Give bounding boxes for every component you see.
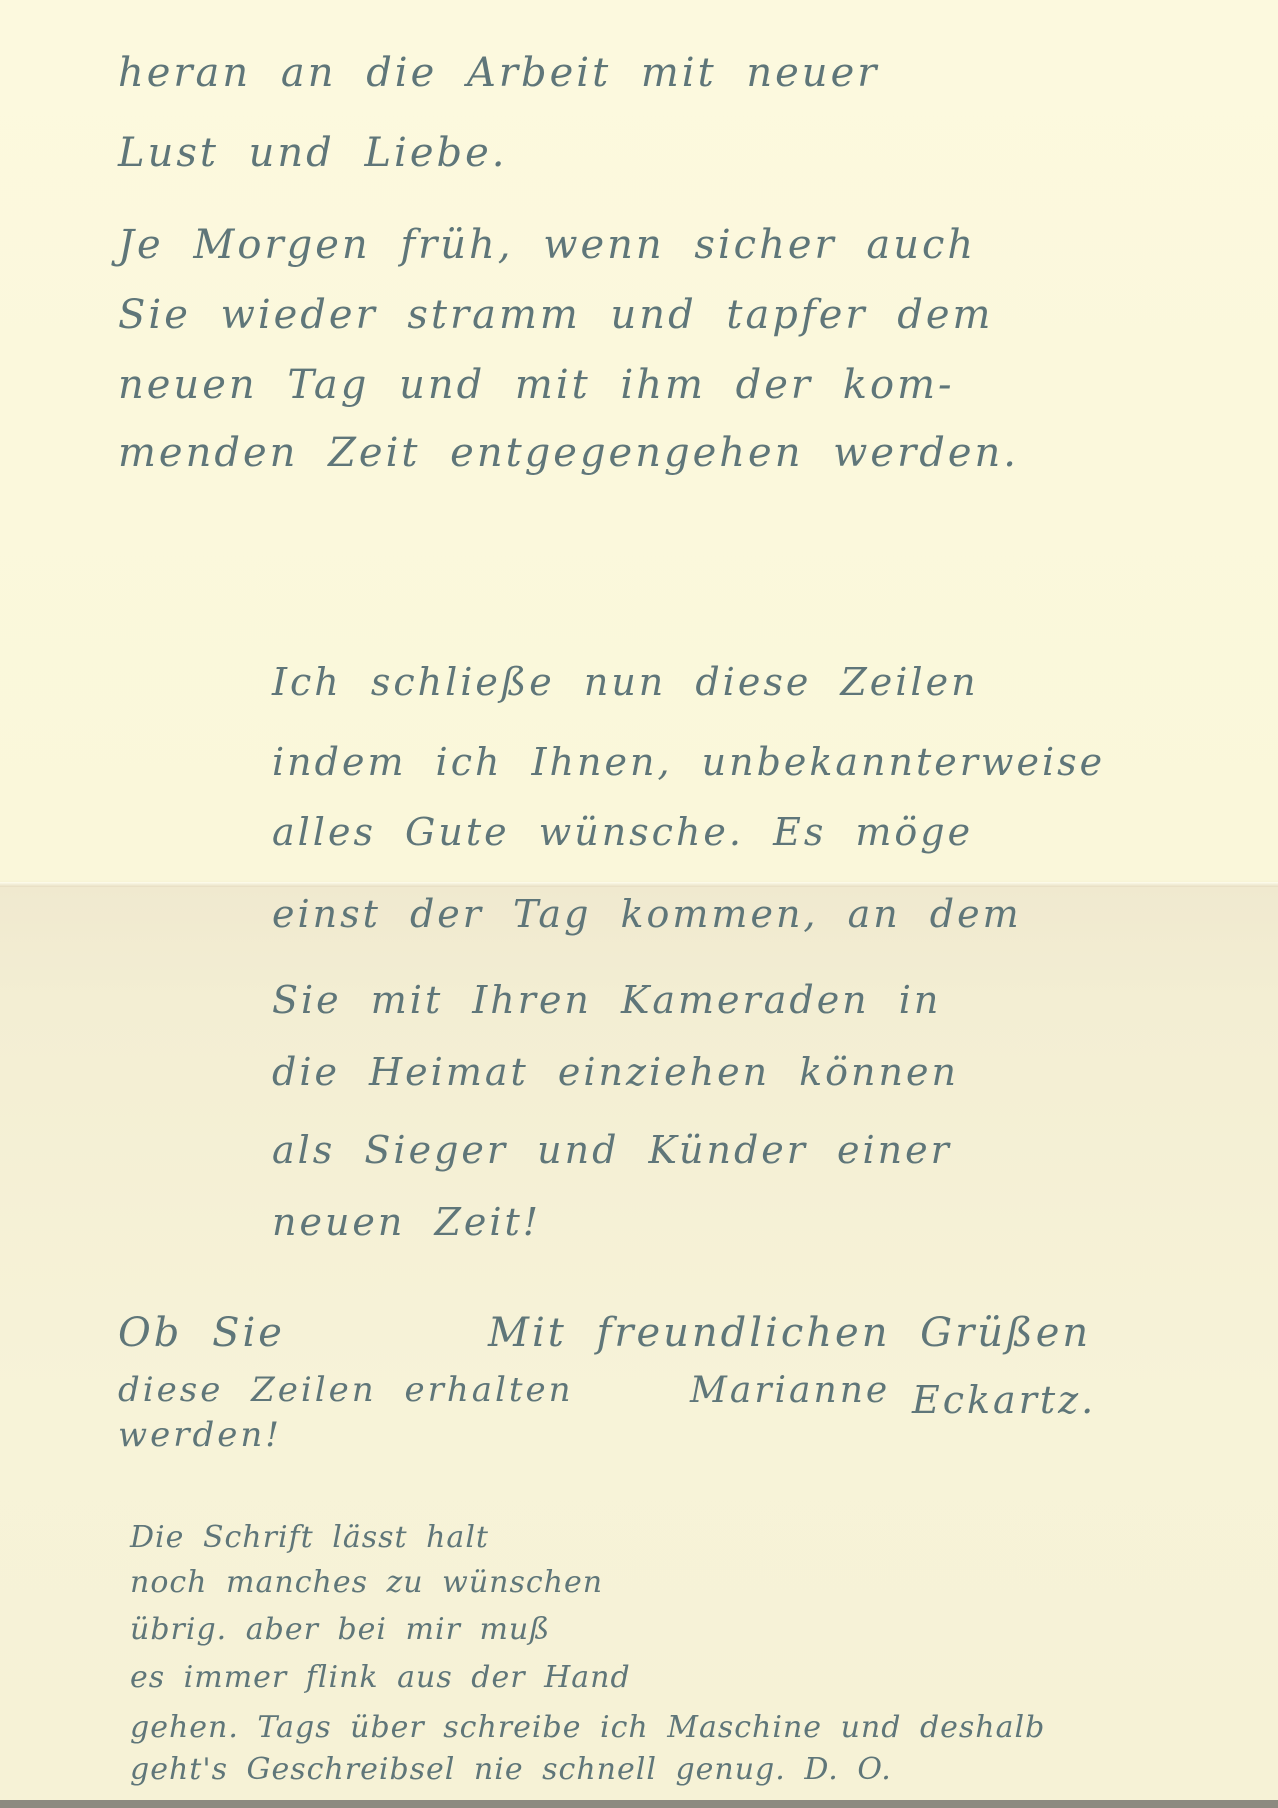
- letter-line: neuen Tag und mit ihm der kom-: [118, 362, 955, 408]
- letter-line: Sie mit Ihren Kameraden in: [272, 978, 941, 1022]
- scan-edge: [0, 1800, 1278, 1808]
- letter-line: als Sieger und Künder einer: [272, 1128, 952, 1172]
- letter-line: einst der Tag kommen, an dem: [272, 892, 1022, 936]
- paper-fold-crease: [0, 882, 1278, 887]
- letter-page: heran an die Arbeit mit neuer Lust und L…: [0, 0, 1278, 1808]
- letter-line: indem ich Ihnen, unbekannterweise: [272, 740, 1105, 784]
- postscript-line: geht's Geschreibsel nie schnell genug. D…: [130, 1752, 892, 1787]
- letter-line: Sie wieder stramm und tapfer dem: [118, 292, 993, 338]
- signature-first-name: Marianne: [690, 1370, 890, 1411]
- aside-line: diese Zeilen erhalten: [118, 1370, 574, 1410]
- postscript-line: gehen. Tags über schreibe ich Maschine u…: [130, 1710, 1045, 1745]
- letter-line: Je Morgen früh, wenn sicher auch: [118, 222, 976, 268]
- letter-line: Lust und Liebe.: [118, 130, 508, 176]
- aside-line: Ob Sie: [118, 1310, 285, 1356]
- letter-line: die Heimat einziehen können: [272, 1050, 959, 1094]
- letter-line: alles Gute wünsche. Es möge: [272, 810, 973, 854]
- postscript-line: übrig. aber bei mir muß: [130, 1612, 550, 1647]
- aside-line: werden!: [118, 1415, 282, 1455]
- letter-line: menden Zeit entgegengehen werden.: [118, 430, 1019, 476]
- postscript-line: Die Schrift lässt halt: [130, 1520, 489, 1555]
- postscript-line: noch manches zu wünschen: [130, 1565, 603, 1600]
- letter-line: heran an die Arbeit mit neuer: [118, 50, 879, 96]
- signature-surname: Eckartz.: [912, 1378, 1096, 1422]
- closing-greeting: Mit freundlichen Grüßen: [488, 1310, 1091, 1356]
- letter-line: neuen Zeit!: [272, 1200, 541, 1244]
- letter-line: Ich schließe nun diese Zeilen: [272, 660, 979, 704]
- postscript-line: es immer flink aus der Hand: [130, 1660, 631, 1695]
